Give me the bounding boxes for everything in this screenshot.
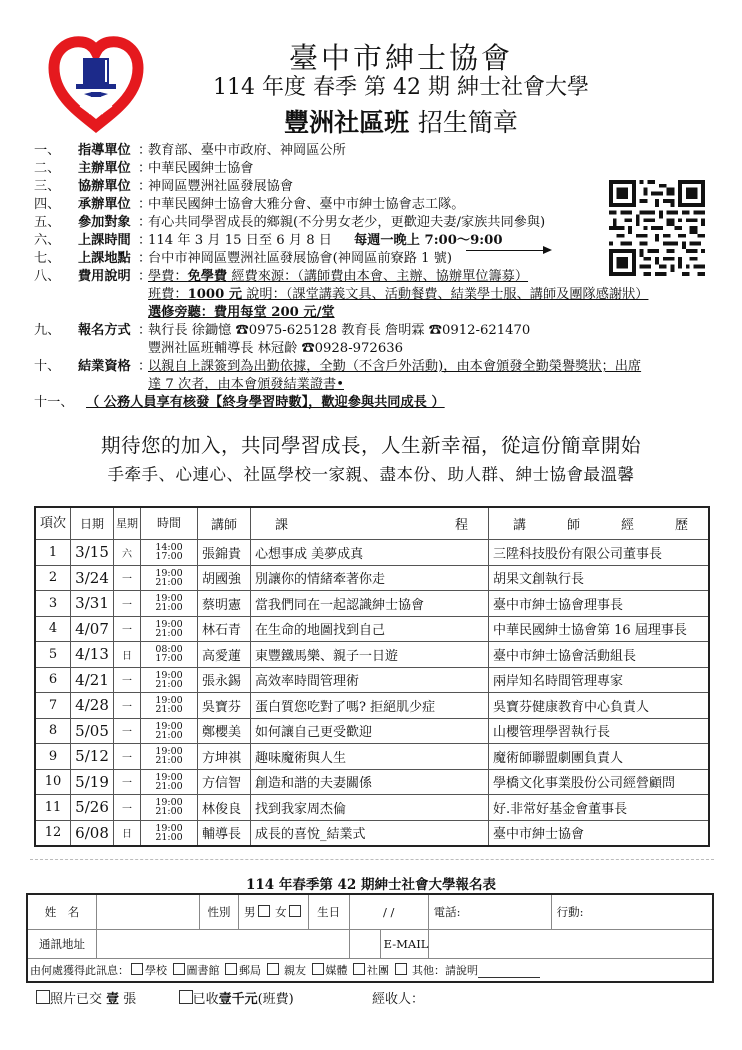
cell-no: 11: [35, 795, 71, 821]
info-item-fees-line3: 選修旁聽：費用每堂 200 元/堂: [34, 304, 724, 322]
name-field[interactable]: [97, 894, 200, 930]
cell-no: 3: [35, 591, 71, 617]
address-label: 通訊地址: [27, 930, 97, 959]
header-time: 時間: [141, 507, 198, 540]
table-row: 9 5/12 一 19:0021:00 方坤祺 趣味魔術與人生 魔術師聯盟劇團負…: [35, 744, 709, 770]
table-row: 8 5/05 一 19:0021:00 鄭櫻美 如何讓自己更受歡迎 山櫻管理學習…: [35, 718, 709, 744]
birthday-label: 生日: [308, 894, 349, 930]
table-row: 5 4/13 日 08:0017:00 高愛蓮 東豐鐵馬樂、親子一日遊 臺中市紳…: [35, 642, 709, 668]
cell-time: 19:0021:00: [141, 565, 198, 591]
cell-bio: 臺中市紳士協會活動組長: [489, 642, 709, 668]
cell-weekday: 一: [114, 718, 141, 744]
cell-no: 4: [35, 616, 71, 642]
slogan-main: 期待您的加入，共同學習成長，人生新幸福，從這份簡章開始: [0, 430, 742, 458]
cell-bio: 魔術師聯盟劇團負責人: [489, 744, 709, 770]
cell-date: 4/28: [71, 693, 114, 719]
cell-no: 2: [35, 565, 71, 591]
registration-contacts: 執行長 徐鋤憶 ☎0975-625128 教育長 詹明霖 ☎0912-62147…: [148, 322, 530, 340]
table-row: 1 3/15 六 14:0017:00 張錦貴 心想事成 美夢成真 三陞科技股份…: [35, 540, 709, 566]
table-row: 3 3/31 一 19:0021:00 蔡明憲 當我們同在一起認識紳士協會 臺中…: [35, 591, 709, 617]
cell-date: 3/15: [71, 540, 114, 566]
cell-date: 4/07: [71, 616, 114, 642]
cell-teacher: 輔導長: [198, 820, 251, 846]
cell-date: 5/26: [71, 795, 114, 821]
cell-time: 19:0021:00: [141, 820, 198, 846]
cell-course: 高效率時間管理術: [251, 667, 489, 693]
female-checkbox[interactable]: [289, 905, 301, 917]
form-title: 114 年春季第 42 期紳士社會大學報名表: [0, 873, 742, 893]
cell-time: 08:0017:00: [141, 642, 198, 668]
cell-no: 9: [35, 744, 71, 770]
cell-time: 19:0021:00: [141, 769, 198, 795]
cell-course: 當我們同在一起認識紳士協會: [251, 591, 489, 617]
info-item-fees-line2: 班費：1000 元 說明：（課堂講義文具、活動餐費、結業學士服、講師及團隊感謝狀…: [34, 286, 724, 304]
cell-teacher: 張錦貴: [198, 540, 251, 566]
cell-course: 成長的喜悅_結業式: [251, 820, 489, 846]
table-header-row: 項次 日期 星期 時間 講師 課程 講師經歷: [35, 507, 709, 540]
source-club-checkbox[interactable]: [353, 963, 365, 975]
source-friends-checkbox[interactable]: [267, 963, 279, 975]
cell-course: 創造和諧的夫妻關係: [251, 769, 489, 795]
table-row: 12 6/08 日 19:0021:00 輔導長 成長的喜悅_結業式 臺中市紳士…: [35, 820, 709, 846]
header-weekday: 星期: [114, 507, 141, 540]
cell-teacher: 方坤祺: [198, 744, 251, 770]
source-library-checkbox[interactable]: [173, 963, 185, 975]
doc-title: 豐洲社區班 招生簡章: [0, 103, 742, 139]
email-label: E-MAIL: [381, 930, 428, 958]
cell-teacher: 蔡明憲: [198, 591, 251, 617]
cell-time: 19:0021:00: [141, 744, 198, 770]
cell-course: 在生命的地圖找到自己: [251, 616, 489, 642]
header-teacher: 講師: [198, 507, 251, 540]
slogan-sub: 手牽手、心連心、社區學校一家親、盡本份、助人群、紳士協會最溫馨: [0, 461, 742, 485]
cell-bio: 好.非常好基金會董事長: [489, 795, 709, 821]
cell-teacher: 胡國強: [198, 565, 251, 591]
info-item-completion: 十、 結業資格： 以親自上課簽到為出勤依據，全勤（不含戶外活動)，由本會頒發全勤…: [34, 358, 724, 376]
cut-line-divider: [30, 859, 714, 860]
cell-teacher: 張永錫: [198, 667, 251, 693]
cell-time: 14:0017:00: [141, 540, 198, 566]
cell-time: 19:0021:00: [141, 616, 198, 642]
cell-bio: 吳寶芬健康教育中心負責人: [489, 693, 709, 719]
email-label-cell: E-MAIL: [349, 930, 428, 959]
cell-time: 19:0021:00: [141, 591, 198, 617]
cell-bio: 山櫻管理學習執行長: [489, 718, 709, 744]
source-school-checkbox[interactable]: [131, 963, 143, 975]
cell-weekday: 一: [114, 693, 141, 719]
cell-weekday: 一: [114, 616, 141, 642]
form-row-personal: 姓 名 性別 男 女 生日 / / 電話: 行動:: [27, 894, 713, 930]
cell-course: 如何讓自己更受歡迎: [251, 718, 489, 744]
cell-date: 5/12: [71, 744, 114, 770]
registration-form: 姓 名 性別 男 女 生日 / / 電話: 行動: 通訊地址 E-MAIL 由何…: [26, 893, 714, 983]
cell-teacher: 吳寶芬: [198, 693, 251, 719]
qr-code-icon: [609, 180, 705, 276]
cell-date: 3/24: [71, 565, 114, 591]
cell-no: 8: [35, 718, 71, 744]
cell-bio: 三陞科技股份有限公司董事長: [489, 540, 709, 566]
cell-teacher: 林俊良: [198, 795, 251, 821]
cell-no: 12: [35, 820, 71, 846]
name-label: 姓 名: [27, 894, 97, 930]
cell-course: 東豐鐵馬樂、親子一日遊: [251, 642, 489, 668]
cell-course: 蛋白質您吃對了嗎? 拒絕肌少症: [251, 693, 489, 719]
cell-weekday: 六: [114, 540, 141, 566]
info-item-registration-line2: 豐洲社區班輔導長 林冠齡 ☎0928-972636: [34, 340, 724, 358]
form-row-source: 由何處獲得此訊息：學校 圖書館 郵局 親友 媒體 社團 其他：請說明: [27, 959, 713, 983]
email-field[interactable]: [428, 930, 713, 959]
cell-weekday: 一: [114, 565, 141, 591]
cell-bio: 臺中市紳士協會理事長: [489, 591, 709, 617]
recruit-title: 招生簡章: [418, 108, 518, 137]
info-item-completion-line2: 達 7 次者，由本會頒發結業證書•: [34, 376, 724, 394]
cell-no: 6: [35, 667, 71, 693]
course-schedule-table: 項次 日期 星期 時間 講師 課程 講師經歷 1 3/15 六 14:0017:…: [34, 506, 710, 847]
info-item-civil-servant: 十一、 （ 公務人員享有核發【終身學習時數】，歡迎參與共同成長 ）: [34, 394, 724, 412]
cell-teacher: 高愛蓮: [198, 642, 251, 668]
cell-bio: 兩岸知名時間管理專家: [489, 667, 709, 693]
cell-time: 19:0021:00: [141, 795, 198, 821]
cell-weekday: 一: [114, 667, 141, 693]
table-row: 7 4/28 一 19:0021:00 吳寶芬 蛋白質您吃對了嗎? 拒絕肌少症 …: [35, 693, 709, 719]
cell-date: 6/08: [71, 820, 114, 846]
cell-bio: 臺中市紳士協會: [489, 820, 709, 846]
cell-weekday: 日: [114, 642, 141, 668]
cell-date: 3/31: [71, 591, 114, 617]
gender-field: 男 女: [239, 894, 309, 930]
cell-course: 趣味魔術與人生: [251, 744, 489, 770]
photo-submitted-checkbox[interactable]: [36, 990, 50, 1004]
header-bio: 講師經歷: [489, 507, 709, 540]
cell-date: 4/21: [71, 667, 114, 693]
header-no: 項次: [35, 507, 71, 540]
cell-bio: 中華民國紳士協會第 16 屆理事長: [489, 616, 709, 642]
cell-teacher: 林石青: [198, 616, 251, 642]
cell-bio: 學橋文化事業股份公司經營顧問: [489, 769, 709, 795]
source-other-checkbox[interactable]: [395, 963, 407, 975]
cell-time: 19:0021:00: [141, 667, 198, 693]
info-item-registration: 九、 報名方式： 執行長 徐鋤憶 ☎0975-625128 教育長 詹明霖 ☎0…: [34, 322, 724, 340]
table-row: 2 3/24 一 19:0021:00 胡國強 別讓你的情緒牽著你走 胡果文創執…: [35, 565, 709, 591]
fee-received-checkbox[interactable]: [179, 990, 193, 1004]
male-checkbox[interactable]: [258, 905, 270, 917]
program-title: 114 年度 春季 第 42 期 紳士社會大學: [0, 70, 742, 101]
cell-course: 心想事成 美夢成真: [251, 540, 489, 566]
table-row: 10 5/19 一 19:0021:00 方信智 創造和諧的夫妻關係 學橋文化事…: [35, 769, 709, 795]
table-row: 4 4/07 一 19:0021:00 林石青 在生命的地圖找到自己 中華民國紳…: [35, 616, 709, 642]
table-row: 11 5/26 一 19:0021:00 林俊良 找到我家周杰倫 好.非常好基金…: [35, 795, 709, 821]
cell-date: 4/13: [71, 642, 114, 668]
class-name: 豐洲社區班: [284, 108, 409, 137]
cell-time: 19:0021:00: [141, 693, 198, 719]
cell-date: 5/05: [71, 718, 114, 744]
source-post-office-checkbox[interactable]: [225, 963, 237, 975]
cell-time: 19:0021:00: [141, 718, 198, 744]
address-field[interactable]: [97, 930, 350, 959]
cell-weekday: 一: [114, 744, 141, 770]
cell-weekday: 一: [114, 591, 141, 617]
form-row-contact: 通訊地址 E-MAIL: [27, 930, 713, 959]
handler-label: 經收人：: [372, 992, 424, 1007]
phone-field[interactable]: 電話:: [428, 894, 551, 930]
source-field: 由何處獲得此訊息：學校 圖書館 郵局 親友 媒體 社團 其他：請說明: [27, 959, 713, 983]
cell-no: 5: [35, 642, 71, 668]
cell-course: 別讓你的情緒牽著你走: [251, 565, 489, 591]
cell-bio: 胡果文創執行長: [489, 565, 709, 591]
cell-date: 5/19: [71, 769, 114, 795]
header-date: 日期: [71, 507, 114, 540]
gender-label: 性別: [200, 894, 239, 930]
cell-teacher: 方信智: [198, 769, 251, 795]
info-item-guide: 一、 指導單位： 教育部、臺中市政府、神岡區公所: [34, 142, 724, 160]
mobile-field[interactable]: 行動:: [551, 894, 713, 930]
qr-code[interactable]: [609, 180, 705, 276]
birthday-field[interactable]: / /: [349, 894, 428, 930]
cell-no: 1: [35, 540, 71, 566]
header-course: 課程: [251, 507, 489, 540]
info-item-host: 二、 主辦單位： 中華民國紳士協會: [34, 160, 724, 178]
cell-no: 7: [35, 693, 71, 719]
arrow-right-icon: [466, 250, 550, 251]
table-row: 6 4/21 一 19:0021:00 張永錫 高效率時間管理術 兩岸知名時間管…: [35, 667, 709, 693]
cell-weekday: 一: [114, 795, 141, 821]
office-use-footer: 照片已交 壹 張 已收壹千元(班費) 經收人：: [34, 988, 424, 1007]
source-media-checkbox[interactable]: [312, 963, 324, 975]
cell-teacher: 鄭櫻美: [198, 718, 251, 744]
cell-course: 找到我家周杰倫: [251, 795, 489, 821]
other-explain-field[interactable]: [478, 966, 540, 978]
cell-weekday: 一: [114, 769, 141, 795]
cell-no: 10: [35, 769, 71, 795]
cell-weekday: 日: [114, 820, 141, 846]
